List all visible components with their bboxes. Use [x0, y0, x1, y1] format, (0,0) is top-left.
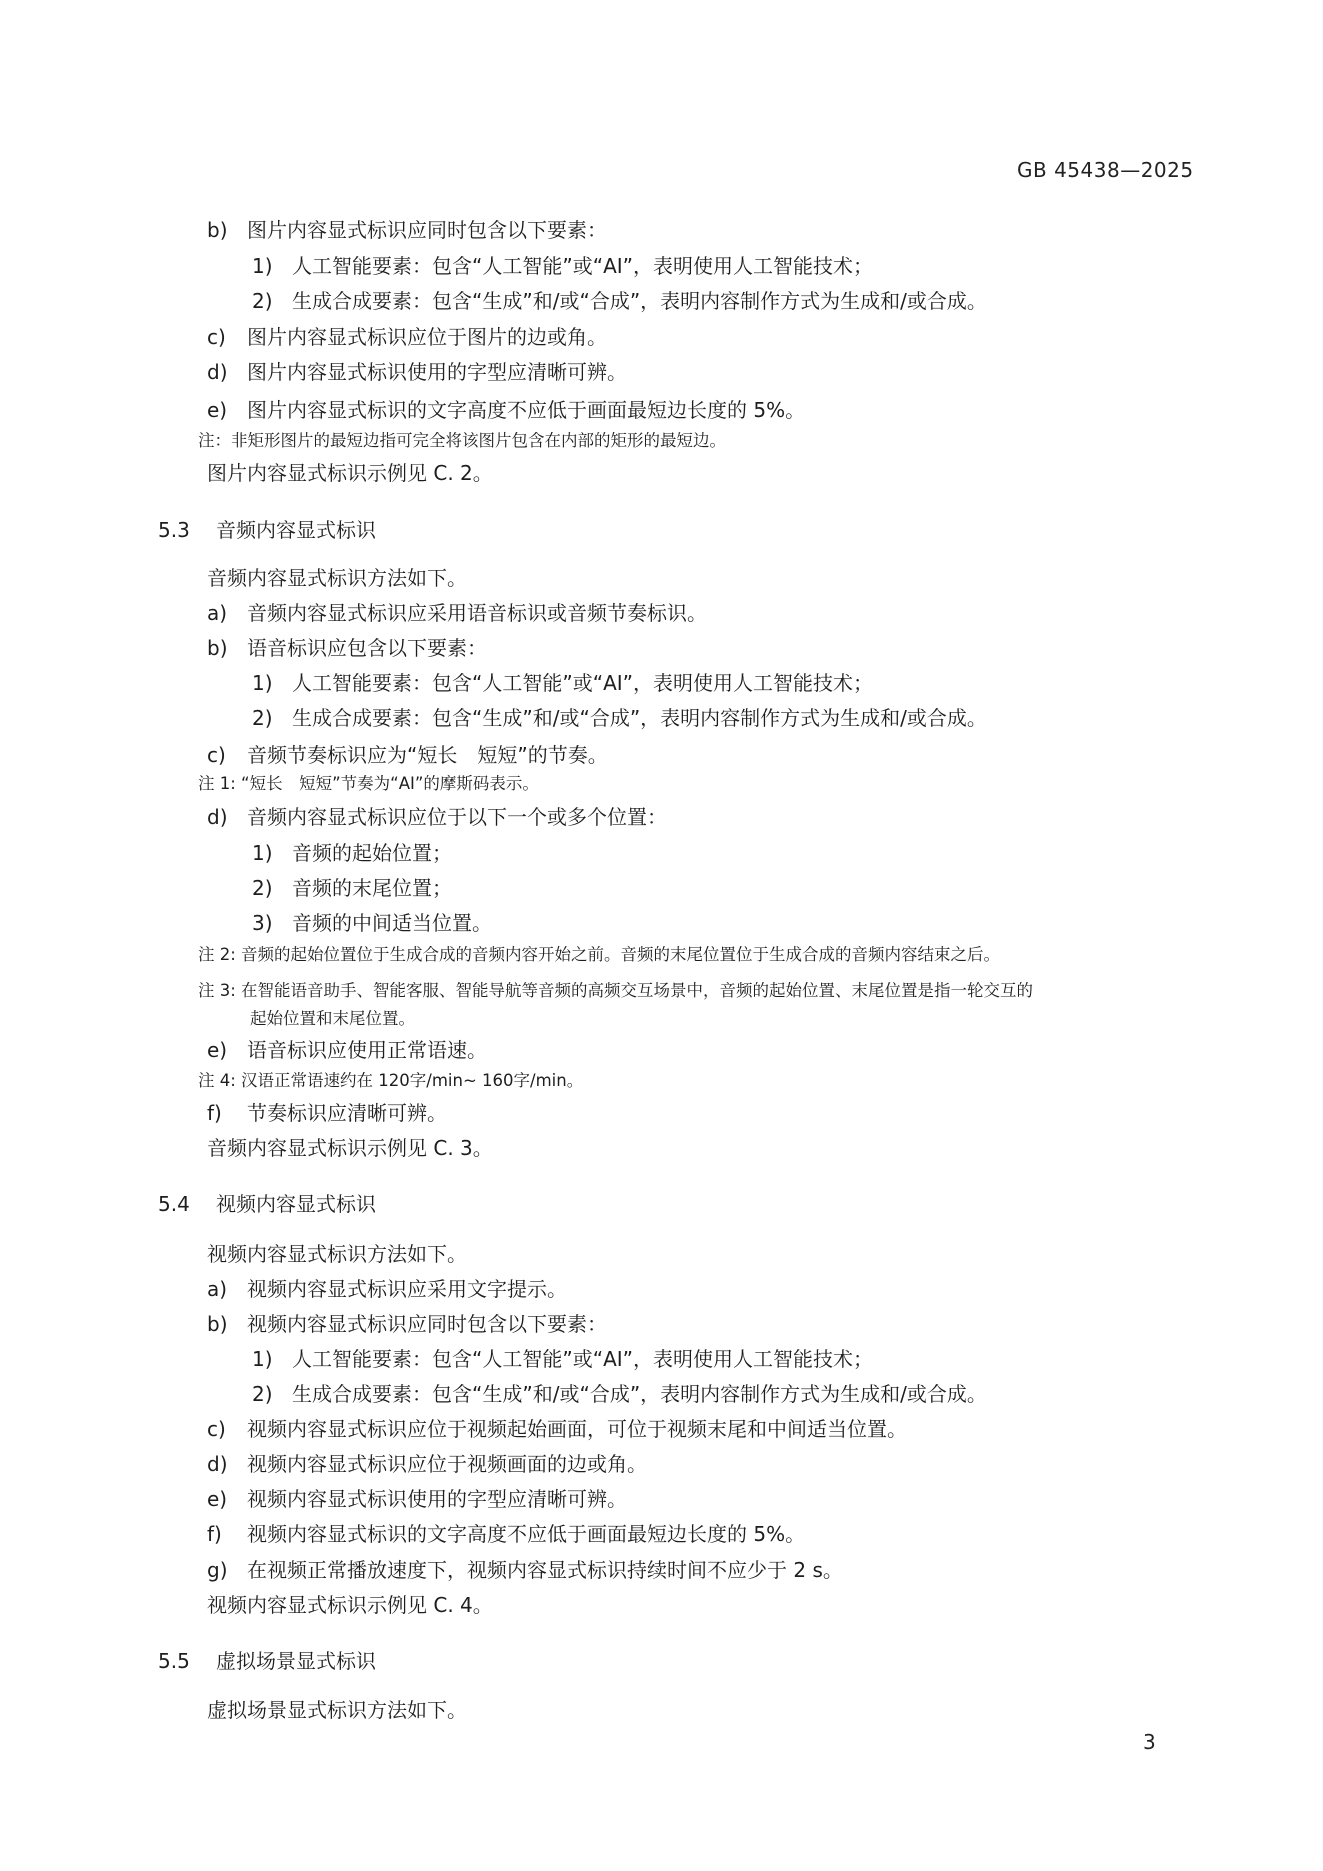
- list-item: d)视频内容显式标识应位于视频画面的边或角。: [207, 1452, 647, 1476]
- list-item: b)语音标识应包含以下要素：: [207, 636, 487, 660]
- item-label: 1): [252, 671, 292, 695]
- item-text: 视频内容显式标识应位于视频画面的边或角。: [247, 1452, 647, 1476]
- section-number: 5.4: [158, 1192, 216, 1216]
- item-text: 节奏标识应清晰可辨。: [247, 1101, 447, 1125]
- list-item: e)图片内容显式标识的文字高度不应低于画面最短边长度的 5%。: [207, 398, 805, 422]
- standard-code-header: GB 45438—2025: [1017, 158, 1194, 182]
- list-item: c)视频内容显式标识应位于视频起始画面，可位于视频末尾和中间适当位置。: [207, 1417, 907, 1441]
- item-text: 音频节奏标识应为“短长 短短”的节奏。: [247, 743, 608, 767]
- item-text: 人工智能要素：包含“人工智能”或“AI”，表明使用人工智能技术；: [292, 671, 873, 695]
- item-label: b): [207, 1312, 247, 1336]
- item-label: e): [207, 398, 247, 422]
- list-item: 1)音频的起始位置；: [252, 841, 452, 865]
- list-item: f)视频内容显式标识的文字高度不应低于画面最短边长度的 5%。: [207, 1522, 805, 1546]
- list-item: 1)人工智能要素：包含“人工智能”或“AI”，表明使用人工智能技术；: [252, 671, 873, 695]
- item-text: 生成合成要素：包含“生成”和/或“合成”，表明内容制作方式为生成和/或合成。: [292, 706, 987, 730]
- section-number: 5.3: [158, 518, 216, 542]
- list-item: 3)音频的中间适当位置。: [252, 911, 492, 935]
- list-item: 2)音频的末尾位置；: [252, 876, 452, 900]
- note-4: 注 4: 汉语正常语速约在 120字/min~ 160字/min。: [198, 1070, 583, 1092]
- item-text: 图片内容显式标识应位于图片的边或角。: [247, 325, 607, 349]
- note-2: 注 2: 音频的起始位置位于生成合成的音频内容开始之前。音频的末尾位置位于生成合…: [198, 944, 1000, 966]
- section-intro: 音频内容显式标识方法如下。: [207, 566, 467, 590]
- item-text: 人工智能要素：包含“人工智能”或“AI”，表明使用人工智能技术；: [292, 254, 873, 278]
- item-text: 音频的末尾位置；: [292, 876, 452, 900]
- section-title: 视频内容显式标识: [216, 1192, 376, 1216]
- list-item: b)视频内容显式标识应同时包含以下要素：: [207, 1312, 607, 1336]
- list-item: d)图片内容显式标识使用的字型应清晰可辨。: [207, 360, 627, 384]
- list-item: b)图片内容显式标识应同时包含以下要素：: [207, 218, 607, 242]
- item-label: c): [207, 1417, 247, 1441]
- item-label: d): [207, 360, 247, 384]
- item-label: a): [207, 601, 247, 625]
- item-text: 视频内容显式标识应采用文字提示。: [247, 1277, 567, 1301]
- list-item: c)音频节奏标识应为“短长 短短”的节奏。: [207, 743, 608, 767]
- section-heading-5-5: 5.5虚拟场景显式标识: [158, 1649, 376, 1673]
- item-text: 在视频正常播放速度下，视频内容显式标识持续时间不应少于 2 s。: [247, 1558, 843, 1582]
- item-text: 音频内容显式标识应位于以下一个或多个位置：: [247, 805, 667, 829]
- section-heading-5-4: 5.4视频内容显式标识: [158, 1192, 376, 1216]
- item-label: c): [207, 325, 247, 349]
- item-label: f): [207, 1522, 247, 1546]
- item-text: 视频内容显式标识应位于视频起始画面，可位于视频末尾和中间适当位置。: [247, 1417, 907, 1441]
- item-label: e): [207, 1038, 247, 1062]
- note-1: 注 1: “短长 短短”节奏为“AI”的摩斯码表示。: [198, 773, 539, 795]
- item-text: 语音标识应使用正常语速。: [247, 1038, 487, 1062]
- item-label: a): [207, 1277, 247, 1301]
- item-label: 1): [252, 254, 292, 278]
- section-intro: 虚拟场景显式标识方法如下。: [207, 1698, 467, 1722]
- list-item: a)音频内容显式标识应采用语音标识或音频节奏标识。: [207, 601, 707, 625]
- list-item: d)音频内容显式标识应位于以下一个或多个位置：: [207, 805, 667, 829]
- item-label: g): [207, 1558, 247, 1582]
- list-item: 2)生成合成要素：包含“生成”和/或“合成”，表明内容制作方式为生成和/或合成。: [252, 289, 987, 313]
- section-intro: 视频内容显式标识方法如下。: [207, 1242, 467, 1266]
- item-text: 生成合成要素：包含“生成”和/或“合成”，表明内容制作方式为生成和/或合成。: [292, 289, 987, 313]
- list-item: 1)人工智能要素：包含“人工智能”或“AI”，表明使用人工智能技术；: [252, 1347, 873, 1371]
- note-3-continued: 起始位置和末尾位置。: [250, 1008, 415, 1030]
- item-label: e): [207, 1487, 247, 1511]
- item-label: d): [207, 1452, 247, 1476]
- list-item: a)视频内容显式标识应采用文字提示。: [207, 1277, 567, 1301]
- item-text: 视频内容显式标识使用的字型应清晰可辨。: [247, 1487, 627, 1511]
- item-label: 3): [252, 911, 292, 935]
- item-text: 图片内容显式标识应同时包含以下要素：: [247, 218, 607, 242]
- example-reference: 图片内容显式标识示例见 C. 2。: [207, 461, 493, 485]
- item-text: 视频内容显式标识应同时包含以下要素：: [247, 1312, 607, 1336]
- note-3: 注 3: 在智能语音助手、智能客服、智能导航等音频的高频交互场景中，音频的起始位…: [198, 980, 1033, 1002]
- item-label: b): [207, 218, 247, 242]
- list-item: f)节奏标识应清晰可辨。: [207, 1101, 447, 1125]
- section-heading-5-3: 5.3音频内容显式标识: [158, 518, 376, 542]
- page-number: 3: [1143, 1730, 1156, 1754]
- list-item: 2)生成合成要素：包含“生成”和/或“合成”，表明内容制作方式为生成和/或合成。: [252, 1382, 987, 1406]
- item-text: 生成合成要素：包含“生成”和/或“合成”，表明内容制作方式为生成和/或合成。: [292, 1382, 987, 1406]
- item-text: 音频的起始位置；: [292, 841, 452, 865]
- section-number: 5.5: [158, 1649, 216, 1673]
- item-label: 1): [252, 841, 292, 865]
- list-item: e)语音标识应使用正常语速。: [207, 1038, 487, 1062]
- item-text: 视频内容显式标识的文字高度不应低于画面最短边长度的 5%。: [247, 1522, 805, 1546]
- item-label: f): [207, 1101, 247, 1125]
- item-text: 音频内容显式标识应采用语音标识或音频节奏标识。: [247, 601, 707, 625]
- item-label: 2): [252, 706, 292, 730]
- item-text: 图片内容显式标识使用的字型应清晰可辨。: [247, 360, 627, 384]
- list-item: c)图片内容显式标识应位于图片的边或角。: [207, 325, 607, 349]
- list-item: 1)人工智能要素：包含“人工智能”或“AI”，表明使用人工智能技术；: [252, 254, 873, 278]
- item-text: 图片内容显式标识的文字高度不应低于画面最短边长度的 5%。: [247, 398, 805, 422]
- list-item: g)在视频正常播放速度下，视频内容显式标识持续时间不应少于 2 s。: [207, 1558, 843, 1582]
- item-text: 人工智能要素：包含“人工智能”或“AI”，表明使用人工智能技术；: [292, 1347, 873, 1371]
- item-label: b): [207, 636, 247, 660]
- item-label: d): [207, 805, 247, 829]
- example-reference: 视频内容显式标识示例见 C. 4。: [207, 1593, 493, 1617]
- item-text: 语音标识应包含以下要素：: [247, 636, 487, 660]
- section-title: 音频内容显式标识: [216, 518, 376, 542]
- item-text: 音频的中间适当位置。: [292, 911, 492, 935]
- list-item: e)视频内容显式标识使用的字型应清晰可辨。: [207, 1487, 627, 1511]
- item-label: 2): [252, 876, 292, 900]
- section-title: 虚拟场景显式标识: [216, 1649, 376, 1673]
- item-label: 1): [252, 1347, 292, 1371]
- note: 注：非矩形图片的最短边指可完全将该图片包含在内部的矩形的最短边。: [198, 430, 726, 452]
- list-item: 2)生成合成要素：包含“生成”和/或“合成”，表明内容制作方式为生成和/或合成。: [252, 706, 987, 730]
- item-label: 2): [252, 1382, 292, 1406]
- example-reference: 音频内容显式标识示例见 C. 3。: [207, 1136, 493, 1160]
- item-label: 2): [252, 289, 292, 313]
- item-label: c): [207, 743, 247, 767]
